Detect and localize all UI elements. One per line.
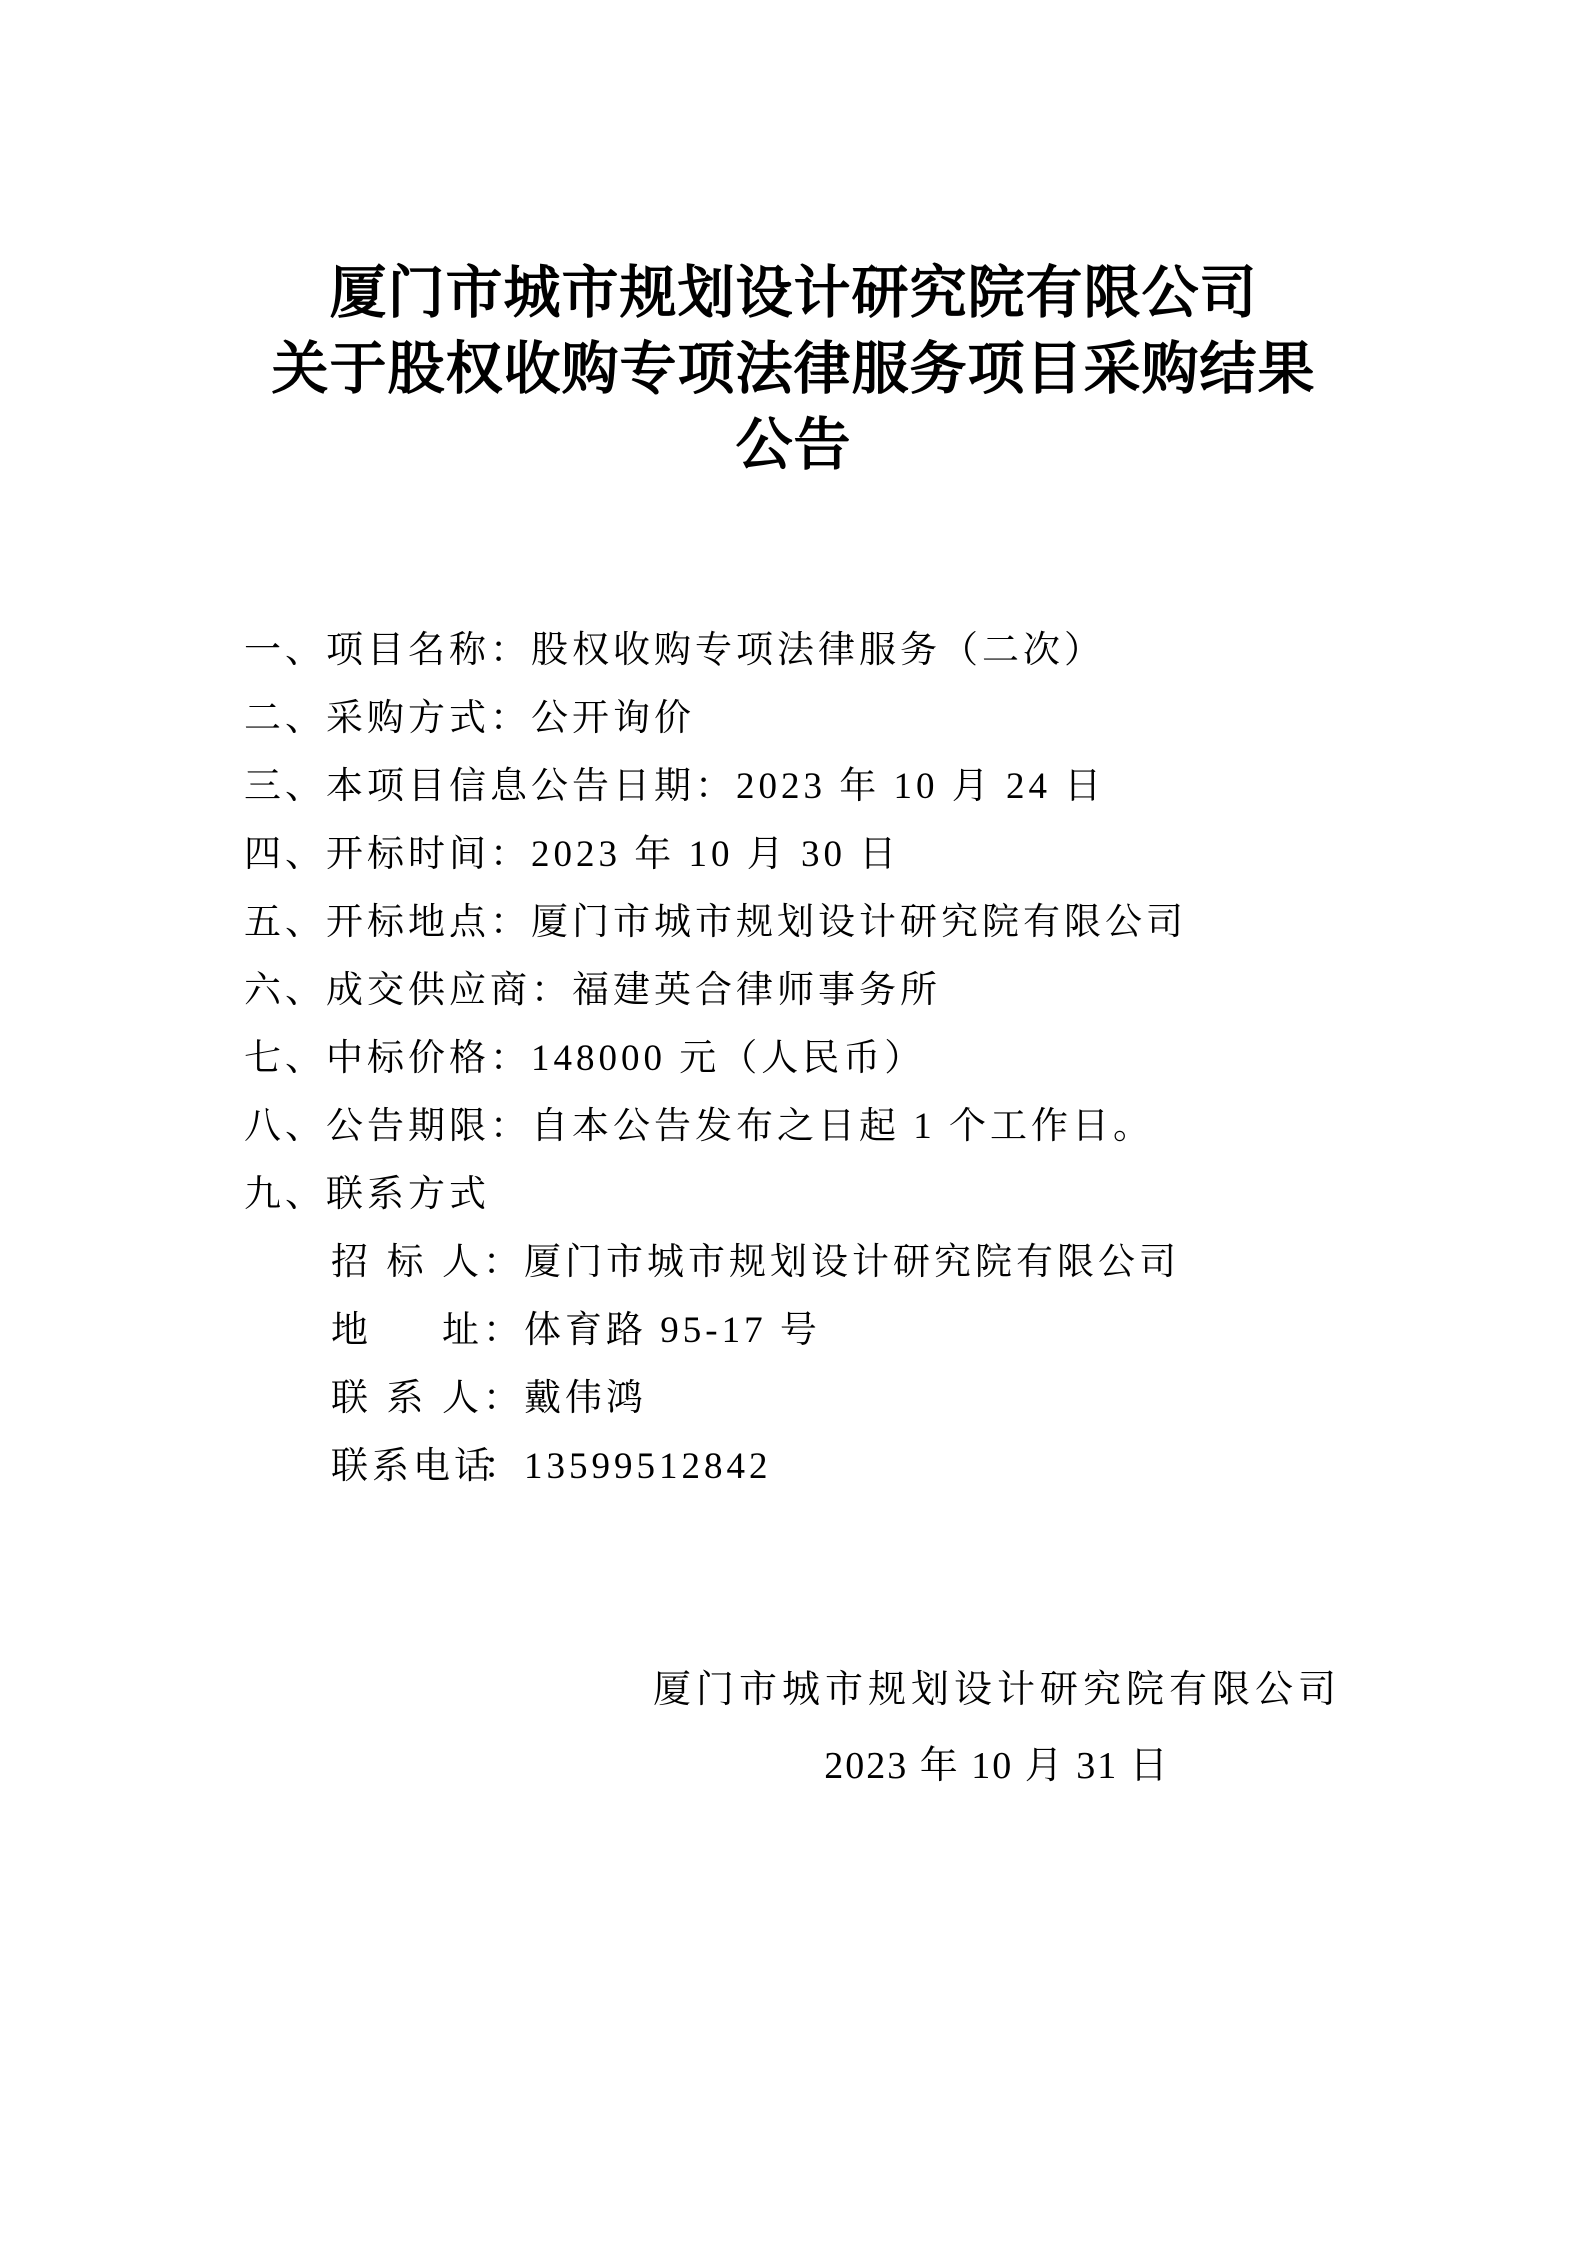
item-number: 六、 <box>244 970 326 1011</box>
contact-label: 联系电话 <box>331 1433 483 1501</box>
list-item-8: 八、公告期限：自本公告发布之日起 1 个工作日。 <box>244 1093 1467 1161</box>
item-label: 公告期限 <box>326 1106 490 1147</box>
signature-block: 厦门市城市规划设计研究院有限公司 2023 年 10 月 31 日 <box>653 1652 1341 1804</box>
contact-colon: ： <box>483 1310 524 1351</box>
contact-row-phone: 联系电话：13599512842 <box>331 1433 1467 1501</box>
list-item-2: 二、采购方式：公开询价 <box>244 685 1467 753</box>
item-label: 本项目信息公告日期 <box>326 766 695 807</box>
list-item-6: 六、成交供应商：福建英合律师事务所 <box>244 957 1467 1025</box>
item-separator: ： <box>490 834 531 875</box>
item-label: 联系方式 <box>326 1174 490 1215</box>
contact-colon: ： <box>483 1378 524 1419</box>
signature-company: 厦门市城市规划设计研究院有限公司 <box>653 1652 1341 1728</box>
contact-row-address: 地址：体育路 95-17 号 <box>331 1297 1467 1365</box>
item-value: 自本公告发布之日起 1 个工作日。 <box>531 1106 1154 1147</box>
contact-label: 地址 <box>331 1297 483 1365</box>
document-title: 厦门市城市规划设计研究院有限公司 关于股权收购专项法律服务项目采购结果 公告 <box>0 255 1587 483</box>
list-item-5: 五、开标地点：厦门市城市规划设计研究院有限公司 <box>244 889 1467 957</box>
item-value: 2023 年 10 月 24 日 <box>736 766 1105 807</box>
item-number: 八、 <box>244 1106 326 1147</box>
item-value: 厦门市城市规划设计研究院有限公司 <box>531 902 1187 943</box>
item-label: 开标地点 <box>326 902 490 943</box>
item-value: 148000 元（人民币） <box>531 1038 925 1079</box>
item-value: 公开询价 <box>531 698 695 739</box>
item-separator: ： <box>490 630 531 671</box>
item-label: 开标时间 <box>326 834 490 875</box>
item-label: 项目名称 <box>326 630 490 671</box>
list-item-3: 三、本项目信息公告日期：2023 年 10 月 24 日 <box>244 753 1467 821</box>
item-value: 2023 年 10 月 30 日 <box>531 834 900 875</box>
contact-value: 厦门市城市规划设计研究院有限公司 <box>524 1242 1180 1283</box>
document-title-line-1: 厦门市城市规划设计研究院有限公司 <box>0 255 1587 331</box>
contact-label: 招标人 <box>331 1229 483 1297</box>
item-label: 成交供应商 <box>326 970 531 1011</box>
item-number: 七、 <box>244 1038 326 1079</box>
document-title-line-2: 关于股权收购专项法律服务项目采购结果 <box>0 331 1587 407</box>
contact-value: 13599512842 <box>524 1446 772 1487</box>
item-number: 四、 <box>244 834 326 875</box>
contact-row-bidder: 招标人：厦门市城市规划设计研究院有限公司 <box>331 1229 1467 1297</box>
item-number: 三、 <box>244 766 326 807</box>
contact-value: 体育路 95-17 号 <box>524 1310 821 1351</box>
item-separator: ： <box>531 970 572 1011</box>
item-number: 一、 <box>244 630 326 671</box>
list-item-4: 四、开标时间：2023 年 10 月 30 日 <box>244 821 1467 889</box>
item-label: 采购方式 <box>326 698 490 739</box>
contact-value: 戴伟鸿 <box>524 1378 647 1419</box>
item-label: 中标价格 <box>326 1038 490 1079</box>
item-separator: ： <box>490 698 531 739</box>
contact-label: 联系人 <box>331 1365 483 1433</box>
document-title-line-3: 公告 <box>0 407 1587 483</box>
contact-colon: ： <box>483 1446 524 1487</box>
contact-colon: ： <box>483 1242 524 1283</box>
item-number: 五、 <box>244 902 326 943</box>
list-item-7: 七、中标价格：148000 元（人民币） <box>244 1025 1467 1093</box>
item-value: 股权收购专项法律服务（二次） <box>531 630 1105 671</box>
signature-date: 2023 年 10 月 31 日 <box>653 1728 1341 1804</box>
document-page: 厦门市城市规划设计研究院有限公司 关于股权收购专项法律服务项目采购结果 公告 一… <box>0 0 1587 2245</box>
item-number: 九、 <box>244 1174 326 1215</box>
item-separator: ： <box>695 766 736 807</box>
document-body: 一、项目名称：股权收购专项法律服务（二次） 二、采购方式：公开询价 三、本项目信… <box>244 617 1467 1501</box>
list-item-9: 九、联系方式 <box>244 1161 1467 1229</box>
item-separator: ： <box>490 1106 531 1147</box>
contact-row-person: 联系人：戴伟鸿 <box>331 1365 1467 1433</box>
item-separator: ： <box>490 902 531 943</box>
item-separator: ： <box>490 1038 531 1079</box>
item-value: 福建英合律师事务所 <box>572 970 941 1011</box>
list-item-1: 一、项目名称：股权收购专项法律服务（二次） <box>244 617 1467 685</box>
item-number: 二、 <box>244 698 326 739</box>
